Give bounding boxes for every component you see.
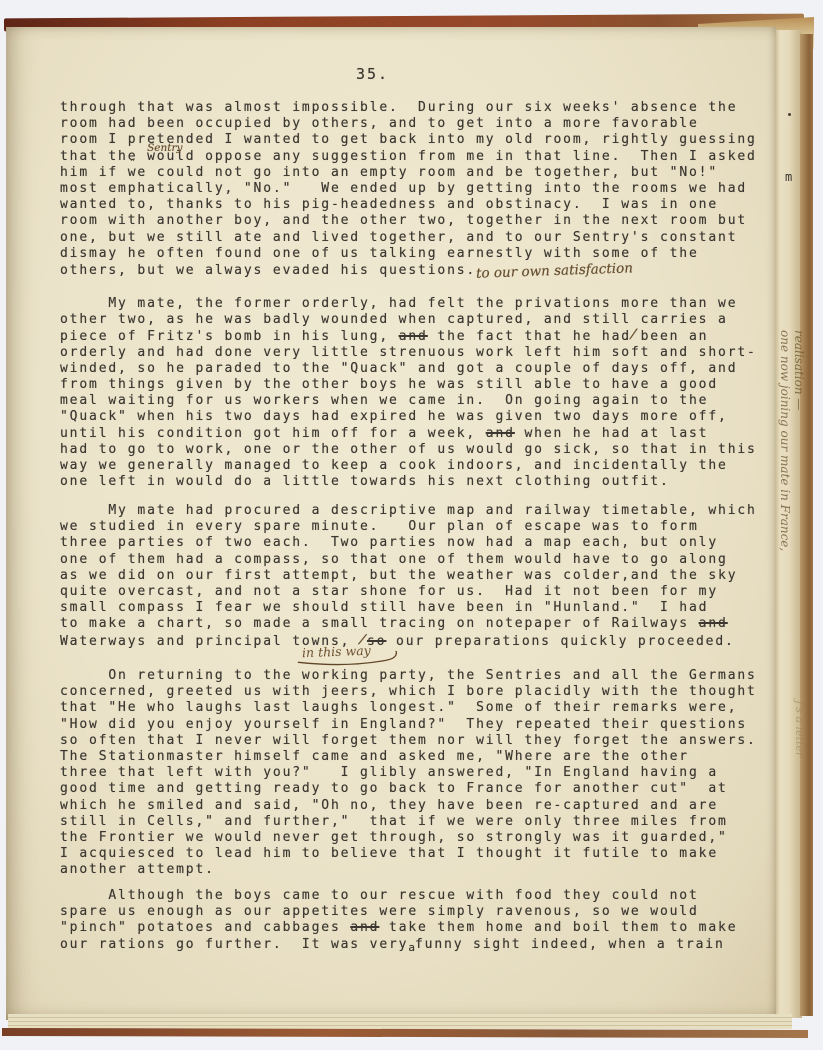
typed-line: small compass I fear we should still hav… <box>60 600 757 616</box>
margin-typed-character: m <box>785 170 792 184</box>
typed-line: wanted to, thanks to his pig-headedness … <box>60 197 757 213</box>
typed-line: The Stationmaster himself came and asked… <box>60 749 757 765</box>
struck-out-word: and <box>399 329 428 344</box>
typed-text: our preparations quickly proceeded. <box>386 634 734 649</box>
typed-text: been an <box>631 329 708 344</box>
ink-speck <box>788 113 791 116</box>
typed-line: orderly and had done very little strenuo… <box>60 345 757 361</box>
typed-line: one of them had a compass, so that one o… <box>60 552 757 568</box>
typed-text: would oppose any suggestion from me in t… <box>147 149 757 164</box>
typed-line: winded, so he paraded to the "Quack" and… <box>60 361 757 377</box>
typed-line: three that left with you?" I glibly answ… <box>60 765 757 781</box>
typed-text: when he had at last <box>515 426 709 441</box>
typed-line: one left in would do a little towards hi… <box>60 474 757 490</box>
margin-note-line: realisation — <box>792 330 806 551</box>
typed-line: to make a chart, so made a small tracing… <box>60 616 757 632</box>
typed-line: My mate, the former orderly, had felt th… <box>60 296 757 312</box>
typed-line: room had been occupied by others, and to… <box>60 116 757 132</box>
typed-line: dismay he often found one of us talking … <box>60 246 757 262</box>
margin-note-line: J's a letter <box>792 700 806 757</box>
typed-line: that the Sentrywould oppose any suggesti… <box>60 149 757 165</box>
typed-line: another attempt. <box>60 862 757 878</box>
typed-line: that "He who laughs last laughs longest.… <box>60 700 757 716</box>
typed-line: three parties of two each. Two parties n… <box>60 535 757 551</box>
typed-line: had to go to work, one or the other of u… <box>60 442 757 458</box>
typed-line: spare us enough as our appetites were si… <box>60 904 737 920</box>
typed-text: "pinch" potatoes and cabbages <box>60 920 350 935</box>
typed-text: take them home and boil them to make <box>379 920 737 935</box>
typed-paragraph-2: My mate, the former orderly, had felt th… <box>60 296 757 490</box>
handwritten-annotation-in-this-way: in this way <box>302 643 371 660</box>
typed-line: still in Cells," and further," that if w… <box>60 814 757 830</box>
typed-line: we studied in every spare minute. Our pl… <box>60 519 757 535</box>
margin-handwritten-note: realisation — one now joining our mate i… <box>778 330 806 551</box>
typed-line: On returning to the working party, the S… <box>60 668 757 684</box>
typed-line: so often that I never will forget them n… <box>60 733 757 749</box>
typed-line: My mate had procured a descriptive map a… <box>60 503 757 519</box>
struck-out-word: and <box>350 920 379 935</box>
typed-line: good time and getting ready to go back t… <box>60 781 757 797</box>
typed-paragraph-3: My mate had procured a descriptive map a… <box>60 503 757 649</box>
typed-line: most emphatically, "No." We ended up by … <box>60 181 757 197</box>
margin-handwritten-note-faint: J's a letter <box>792 700 806 757</box>
typed-line: quite overcast, and not a star shone for… <box>60 584 757 600</box>
typed-text: piece of Fritz's bomb in his lung, <box>60 329 399 344</box>
typed-line: "pinch" potatoes and cabbages and take t… <box>60 920 737 936</box>
typed-text: others, but we always evaded his questio… <box>60 263 476 278</box>
typed-line: which he smiled and said, "Oh no, they h… <box>60 798 757 814</box>
typed-text: our rations go further. It was very <box>60 937 408 952</box>
page-stack-bottom-edge <box>8 1014 792 1029</box>
typed-line: one, but we still ate and lived together… <box>60 230 757 246</box>
typed-line: way we generally managed to keep a cook … <box>60 458 757 474</box>
book-cover-bottom-edge <box>2 1028 808 1038</box>
typed-line: until his condition got him off for a we… <box>60 426 757 442</box>
typed-paragraph-5: Although the boys came to our rescue wit… <box>60 888 737 953</box>
typed-line: as we did on our first attempt, but the … <box>60 568 757 584</box>
typed-line: piece of Fritz's bomb in his lung, and t… <box>60 328 757 344</box>
typed-line: other two, as he was badly wounded when … <box>60 312 757 328</box>
typed-line: "How did you enjoy yourself in England?"… <box>60 717 757 733</box>
typed-line: our rations go further. It was veryafunn… <box>60 937 737 953</box>
typed-text: until his condition got him off for a we… <box>60 426 486 441</box>
typed-text: funny sight indeed, when a train <box>415 937 725 952</box>
typed-line: Although the boys came to our rescue wit… <box>60 888 737 904</box>
typed-line: I acquiesced to lead him to believe that… <box>60 846 757 862</box>
typed-text: the fact that he had <box>428 329 631 344</box>
typed-line: from things given by the other boys he w… <box>60 377 757 393</box>
typed-text: him if <box>60 165 128 180</box>
typed-paragraph-1: through that was almost impossible. Duri… <box>60 100 757 278</box>
typed-line: through that was almost impossible. Duri… <box>60 100 757 116</box>
struck-out-word: and <box>699 616 728 631</box>
typed-line: concerned, greeted us with jeers, which … <box>60 684 757 700</box>
typed-text: that the <box>60 149 147 164</box>
typed-line: room with another boy, and the other two… <box>60 213 757 229</box>
typed-line: Waterways and principal towns, /so our p… <box>60 633 757 649</box>
typed-line: "Quack" when his two days had expired he… <box>60 409 757 425</box>
typed-line: others, but we always evaded his questio… <box>60 262 757 278</box>
typed-paragraph-4: On returning to the working party, the S… <box>60 668 757 878</box>
margin-note-line: one now joining our mate in France, <box>778 330 792 551</box>
page-number: 35. <box>356 65 389 83</box>
typed-line: meal waiting for us workers when we came… <box>60 393 757 409</box>
inserted-letter-a: a <box>408 941 415 954</box>
struck-out-word: and <box>486 426 515 441</box>
typed-line: the Frontier we would never get through,… <box>60 830 757 846</box>
typed-text: we could not go into an empty room and b… <box>128 165 718 180</box>
typed-text: to make a chart, so made a small tracing… <box>60 616 699 631</box>
typed-line: him if ˆwe could not go into an empty ro… <box>60 165 757 181</box>
scanned-book-photo: 35. through that was almost impossible. … <box>0 0 823 1050</box>
